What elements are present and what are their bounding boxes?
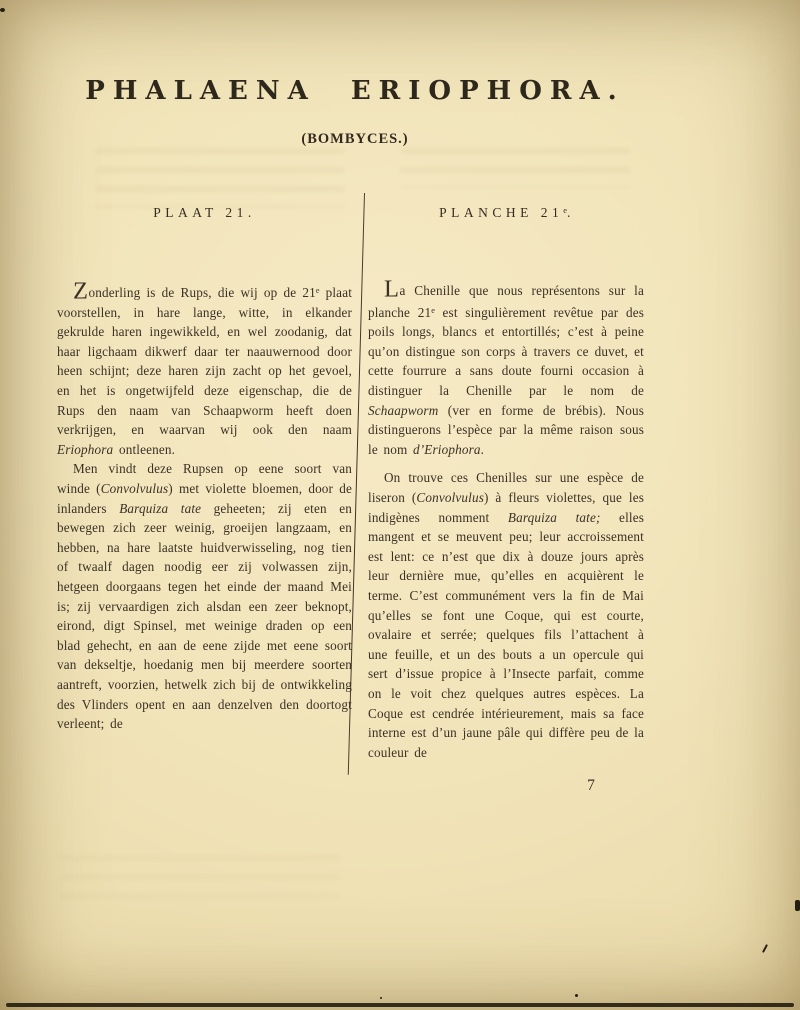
dutch-paragraph-2: Men vindt deze Rupsen op eene soort van … xyxy=(57,459,352,733)
plate-heading-french: PLANCHE 21e. xyxy=(368,205,646,221)
ink-speck xyxy=(0,8,5,12)
show-through-smudge xyxy=(400,148,630,188)
page-number: 7 xyxy=(570,777,612,795)
ink-speck xyxy=(762,944,768,953)
page-title: PHALAENA ERIOPHORA. xyxy=(0,76,710,106)
dutch-text-column: Zonderling is de Rups, die wij op de 21e… xyxy=(57,281,352,734)
ink-speck xyxy=(795,900,800,911)
french-text-column: La Chenille que nous représentons sur la… xyxy=(368,281,644,762)
show-through-smudge xyxy=(95,148,345,208)
ink-speck xyxy=(575,994,578,997)
show-through-smudge xyxy=(60,855,340,910)
bottom-edge-line xyxy=(6,1003,794,1007)
french-paragraph-2: On trouve ces Chenilles sur une espèce d… xyxy=(368,468,644,762)
book-page: PHALAENA ERIOPHORA. (BOMBYCES.) PLAAT 21… xyxy=(0,0,800,1010)
plate-heading-dutch: PLAAT 21. xyxy=(57,205,352,221)
page-subtitle: (BOMBYCES.) xyxy=(0,131,710,148)
ink-speck xyxy=(380,997,382,999)
dutch-paragraph-1: Zonderling is de Rups, die wij op de 21e… xyxy=(57,281,352,459)
french-paragraph-1: La Chenille que nous représentons sur la… xyxy=(368,281,644,459)
